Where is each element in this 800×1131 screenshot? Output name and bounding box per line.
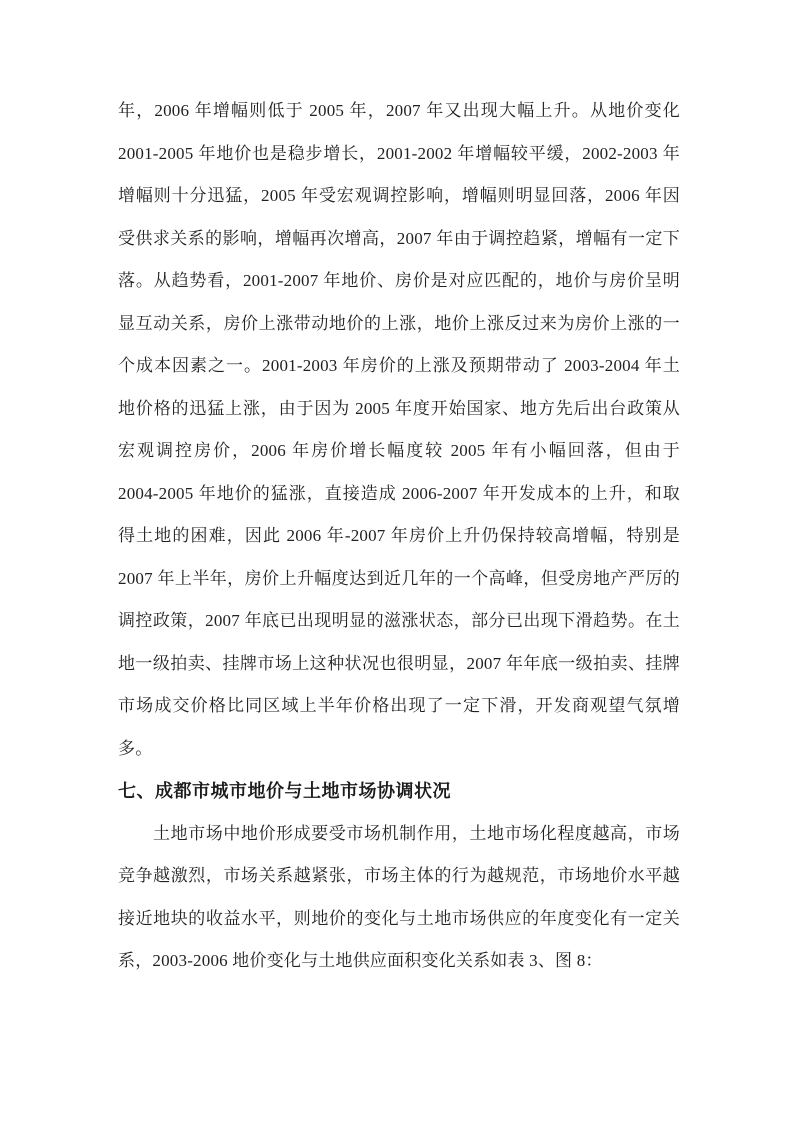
paragraph-line: 市场成交价格比同区域上半年价格出现了一定下滑，开发商观望气氛增	[118, 685, 680, 728]
document-page: 年，2006 年增幅则低于 2005 年，2007 年又出现大幅上升。从地价变化…	[0, 0, 800, 1131]
paragraph-line: 落。从趋势看，2001-2007 年地价、房价是对应匹配的，地价与房价呈明	[118, 260, 680, 303]
paragraph-1: 年，2006 年增幅则低于 2005 年，2007 年又出现大幅上升。从地价变化…	[118, 90, 680, 770]
paragraph-line: 年，2006 年增幅则低于 2005 年，2007 年又出现大幅上升。从地价变化…	[118, 90, 680, 133]
paragraph-line: 宏观调控房价，2006 年房价增长幅度较 2005 年有小幅回落，但由于	[118, 430, 680, 473]
paragraph-line: 多。	[118, 728, 680, 771]
paragraph-line: 显互动关系，房价上涨带动地价的上涨，地价上涨反过来为房价上涨的一	[118, 303, 680, 346]
paragraph-line: 地价格的迅猛上涨，由于因为 2005 年度开始国家、地方先后出台政策从	[118, 388, 680, 431]
paragraph-line: 得土地的困难，因此 2006 年-2007 年房价上升仍保持较高增幅，特别是	[118, 515, 680, 558]
paragraph-2: 土地市场中地价形成要受市场机制作用，土地市场化程度越高，市场 竞争越激烈，市场关…	[118, 813, 680, 983]
paragraph-line: 受供求关系的影响，增幅再次增高，2007 年由于调控趋紧，增幅有一定下	[118, 218, 680, 261]
section-heading: 七、成都市城市地价与土地市场协调状况	[118, 770, 680, 813]
paragraph-line: 竞争越激烈，市场关系越紧张，市场主体的行为越规范，市场地价水平越	[118, 855, 680, 898]
paragraph-line: 2001-2005 年地价也是稳步增长，2001-2002 年增幅较平缓，200…	[118, 133, 680, 176]
paragraph-line: 2004-2005 年地价的猛涨，直接造成 2006-2007 年开发成本的上升…	[118, 473, 680, 516]
paragraph-line: 接近地块的收益水平，则地价的变化与土地市场供应的年度变化有一定关	[118, 898, 680, 941]
paragraph-line: 增幅则十分迅猛，2005 年受宏观调控影响，增幅则明显回落，2006 年因	[118, 175, 680, 218]
paragraph-line: 土地市场中地价形成要受市场机制作用，土地市场化程度越高，市场	[118, 813, 680, 856]
paragraph-line: 个成本因素之一。2001-2003 年房价的上涨及预期带动了 2003-2004…	[118, 345, 680, 388]
paragraph-line: 地一级拍卖、挂牌市场上这种状况也很明显，2007 年年底一级拍卖、挂牌	[118, 643, 680, 686]
paragraph-line: 调控政策，2007 年底已出现明显的滋涨状态，部分已出现下滑趋势。在土	[118, 600, 680, 643]
page-text-block: 年，2006 年增幅则低于 2005 年，2007 年又出现大幅上升。从地价变化…	[118, 90, 680, 983]
paragraph-line: 2007 年上半年，房价上升幅度达到近几年的一个高峰，但受房地产严厉的	[118, 558, 680, 601]
paragraph-line: 系，2003-2006 地价变化与土地供应面积变化关系如表 3、图 8：	[118, 940, 680, 983]
